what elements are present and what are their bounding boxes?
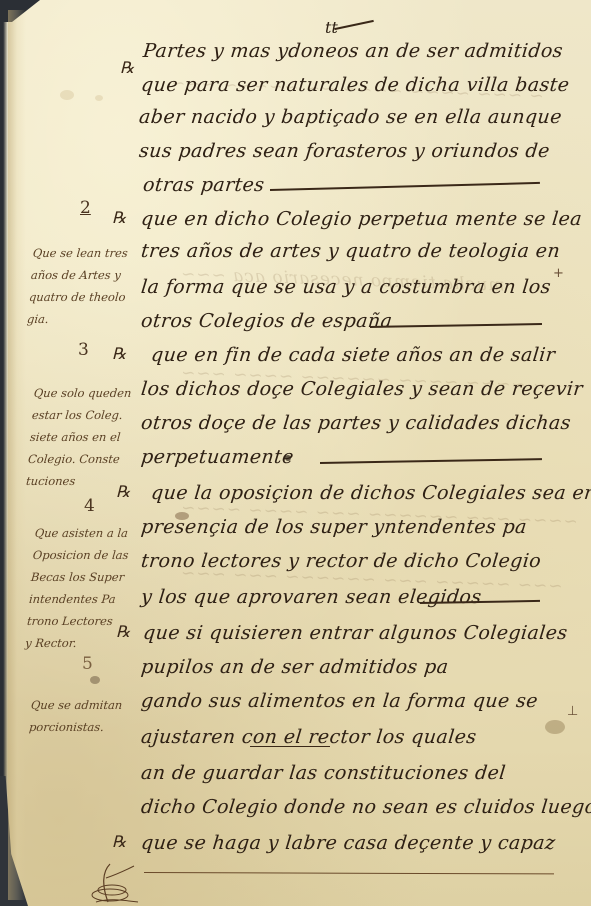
margin-note-line: Becas los Super [30, 566, 144, 588]
page-fold-shadow [8, 10, 26, 900]
main-text-line: y los que aprovaren sean elegidos [140, 586, 483, 608]
line-filler-rule [370, 323, 542, 328]
margin-note-line: Que se admitan [30, 694, 144, 716]
main-text-line: que la oposiçion de dichos Colegiales se… [150, 482, 591, 504]
closing-rule [144, 872, 554, 875]
margin-note-line: gia. [26, 308, 140, 330]
margin-note: Que se admitan porcionistas. [28, 694, 144, 738]
margin-note-line: Oposicion de las [32, 544, 146, 566]
main-text-line: Partes y mas ydoneos an de ser admitidos [142, 40, 564, 62]
main-text-line: sus padres sean forasteros y oriundos de [138, 140, 551, 162]
paper-stain [95, 95, 103, 101]
section-number: 3 [78, 340, 89, 360]
margin-note-line: años de Artes y [30, 264, 144, 286]
main-text-line: la forma que se usa y a costumbra en los [140, 276, 552, 298]
main-text-line: perpetuamente [140, 446, 295, 468]
main-text-line: otros doçe de las partes y calidades dic… [140, 412, 572, 434]
margin-note: Que asisten a la Oposicion de las Becas … [24, 522, 148, 654]
margin-note-line: trono Lectores [26, 610, 140, 632]
margin-note-line: estar los Coleg. [31, 404, 145, 426]
main-text-line: que en dicho Colegio perpetua mente se l… [140, 208, 583, 230]
main-text-line: que en fin de cada siete años an de sali… [150, 344, 556, 366]
main-text-line: trono lectores y rector de dicho Colegio [140, 550, 542, 572]
margin-note: Que se lean tres años de Artes y quatro … [26, 242, 146, 330]
main-text-line: tres años de artes y quatro de teologia … [140, 240, 561, 262]
main-text-line: gando sus alimentos en la forma que se [140, 690, 539, 712]
manuscript-page: ~ ~~~ ~~~~ ~~~~ ~~ ~~~~~ ~~~ mucha tiemp… [0, 0, 591, 906]
section-number: 4 [84, 496, 95, 516]
pencil-cross-mark: + [553, 266, 564, 281]
folio-flourish [334, 20, 373, 30]
margin-note-line: quatro de theolo [28, 286, 142, 308]
margin-note-line: porcionistas. [28, 716, 142, 738]
margin-note-line: Que solo queden [33, 382, 147, 404]
pencil-cross-mark: ⊥ [567, 704, 578, 719]
main-text-line: ajustaren con el rector los quales [140, 726, 478, 748]
section-number: 5 [82, 654, 93, 674]
main-text-line: dicho Colegio donde no sean es cluidos l… [140, 796, 591, 818]
margin-note-line: intendentes Pa [28, 588, 142, 610]
margin-note-line: tuciones [25, 470, 139, 492]
main-text-line: que se haga y labre casa deçente y capaz [140, 832, 557, 854]
paragraph-mark: ℞ [120, 58, 134, 77]
main-text-line: otras partes [142, 174, 266, 196]
line-filler-rule [320, 458, 542, 463]
ink-blot [90, 676, 100, 684]
margin-note-line: y Rector. [24, 632, 138, 654]
section-number: 2 [80, 198, 91, 218]
rubric-signature-icon [88, 862, 140, 906]
line-filler-rule [270, 182, 540, 191]
main-text-line: otros Colegios de españa [140, 310, 394, 332]
paragraph-mark: ℞ [112, 832, 126, 851]
main-text-line: los dichos doçe Colegiales y sean de reç… [140, 378, 584, 400]
margin-note-line: Que asisten a la [34, 522, 148, 544]
main-text-line: pupilos an de ser admitidos pa [140, 656, 450, 678]
scanner-backdrop-left [0, 0, 8, 906]
main-text-line: que si quisieren entrar algunos Colegial… [142, 622, 569, 644]
paragraph-mark: ℞ [112, 344, 126, 363]
margin-note-line: Colegio. Conste [27, 448, 141, 470]
paper-stain [60, 90, 74, 100]
margin-note-line: siete años en el [29, 426, 143, 448]
main-text-line: aber nacido y baptiçado se en ella aunqu… [138, 106, 563, 128]
main-text-line: que para ser naturales de dicha villa ba… [140, 74, 571, 96]
paragraph-mark: ℞ [112, 208, 126, 227]
margin-note: Que solo queden estar los Coleg. siete a… [25, 382, 147, 492]
underline-rule [250, 746, 330, 747]
main-text-line: an de guardar las constituciones del [140, 762, 507, 784]
main-text-line: presençia de los super yntendentes pa [140, 516, 528, 538]
paper-stain [545, 720, 565, 734]
margin-note-line: Que se lean tres [32, 242, 146, 264]
